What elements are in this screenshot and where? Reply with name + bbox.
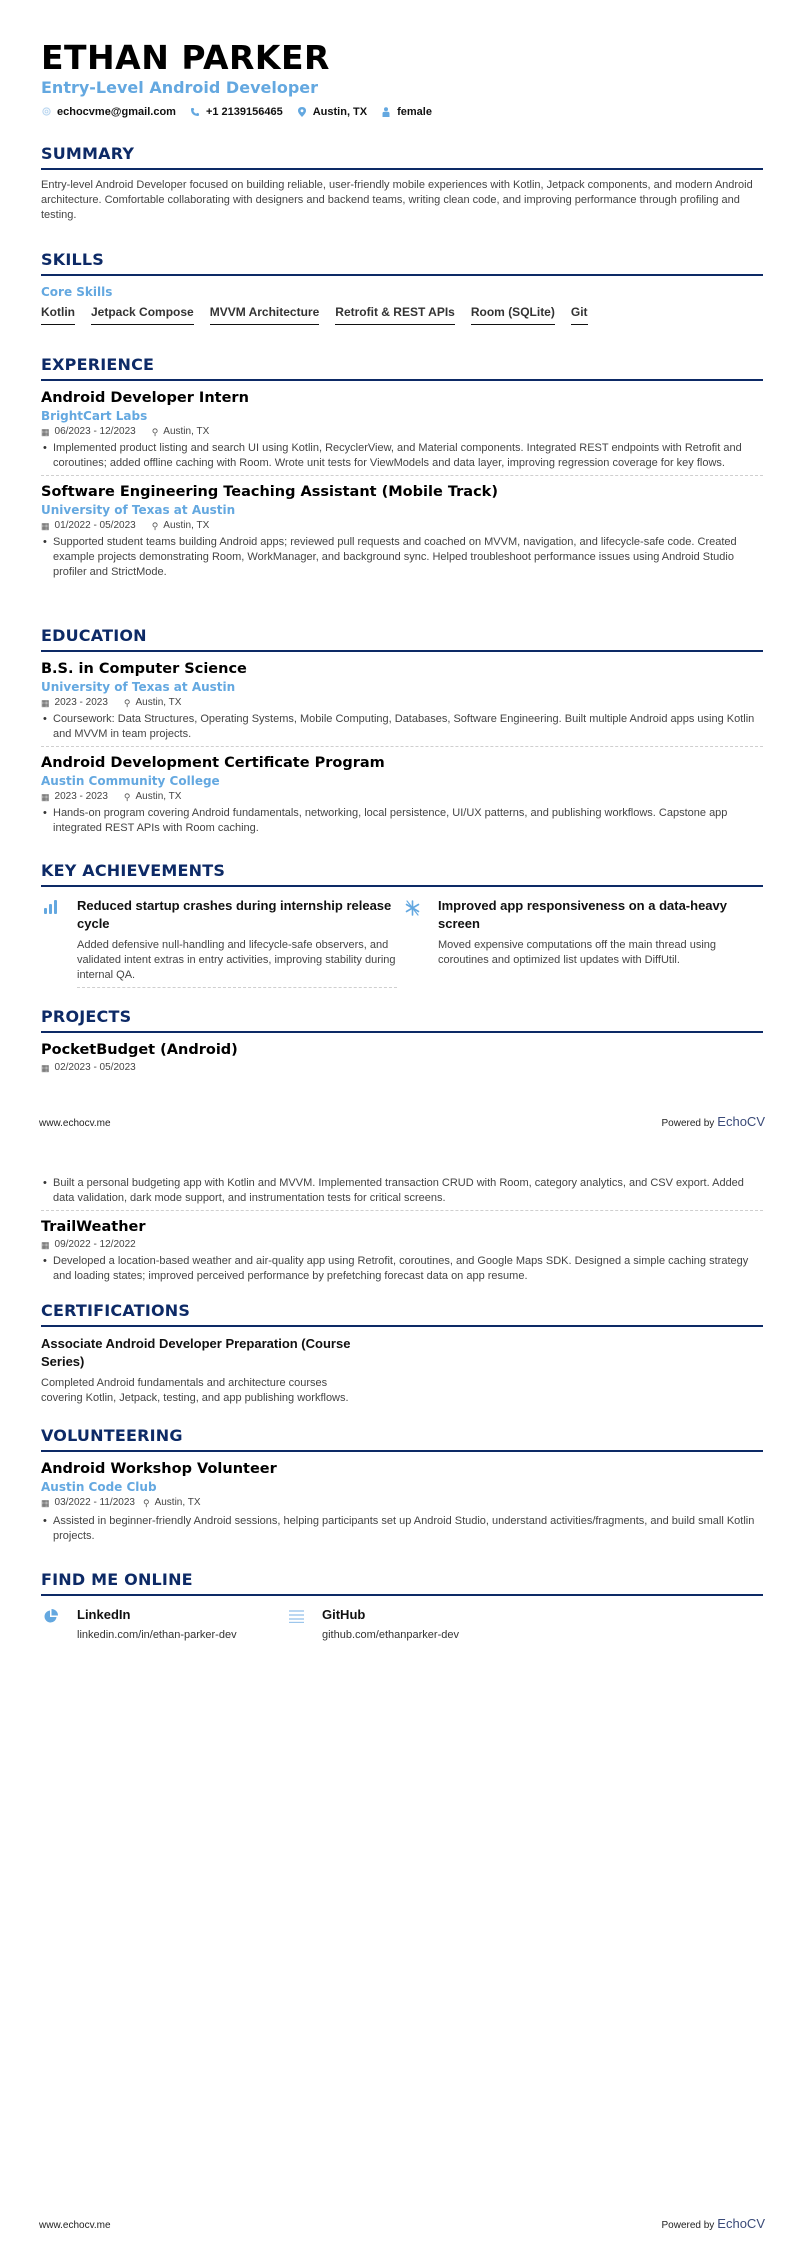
skill-tag: Retrofit & REST APIs bbox=[335, 304, 455, 325]
entry-dates: 01/2022 - 05/2023 bbox=[55, 519, 136, 533]
online-url[interactable]: github.com/ethanparker-dev bbox=[322, 1628, 459, 1643]
entry-dates: 02/2023 - 05/2023 bbox=[55, 1061, 136, 1075]
section-heading: EXPERIENCE bbox=[41, 355, 763, 381]
entry-location: Austin, TX bbox=[136, 790, 182, 804]
online-label: LinkedIn bbox=[77, 1606, 237, 1623]
footer-powered-by[interactable]: Powered byEchoCV bbox=[661, 1114, 765, 1129]
section-heading: CERTIFICATIONS bbox=[41, 1301, 763, 1327]
calendar-icon: ▦ bbox=[41, 1238, 50, 1252]
skill-list: Kotlin Jetpack Compose MVVM Architecture… bbox=[41, 304, 763, 325]
entry-location: Austin, TX bbox=[155, 1496, 201, 1510]
entry-meta: ▦2023 - 2023 ⚲Austin, TX bbox=[41, 790, 763, 804]
achievement-title: Reduced startup crashes during internshi… bbox=[77, 897, 397, 933]
location-pin-icon: ⚲ bbox=[124, 696, 131, 710]
project-entry: TrailWeather ▦09/2022 - 12/2022 Develope… bbox=[41, 1217, 763, 1284]
contact-email[interactable]: echocvme@gmail.com bbox=[41, 106, 176, 118]
entry-meta: ▦06/2023 - 12/2023 ⚲Austin, TX bbox=[41, 425, 763, 439]
candidate-name: ETHAN PARKER bbox=[41, 38, 763, 78]
entry-location: Austin, TX bbox=[136, 696, 182, 710]
powered-by-label: Powered by bbox=[661, 2220, 714, 2231]
section-certifications: CERTIFICATIONS Associate Android Develop… bbox=[41, 1301, 763, 1406]
skill-tag: Kotlin bbox=[41, 304, 75, 325]
company-name: University of Texas at Austin bbox=[41, 502, 763, 518]
certification-title: Associate Android Developer Preparation … bbox=[41, 1335, 371, 1371]
calendar-icon: ▦ bbox=[41, 1496, 50, 1510]
entry-bullet: Hands-on program covering Android fundam… bbox=[41, 806, 763, 836]
section-heading: SUMMARY bbox=[41, 144, 763, 170]
calendar-icon: ▦ bbox=[41, 425, 50, 439]
entry-bullet: Implemented product listing and search U… bbox=[41, 441, 763, 471]
online-link-linkedin[interactable]: LinkedIn linkedin.com/in/ethan-parker-de… bbox=[41, 1606, 286, 1643]
section-heading: KEY ACHIEVEMENTS bbox=[41, 861, 763, 887]
institution-name: Austin Community College bbox=[41, 773, 763, 789]
powered-by-label: Powered by bbox=[661, 1118, 714, 1129]
job-title: Android Developer Intern bbox=[41, 388, 763, 408]
section-heading: EDUCATION bbox=[41, 626, 763, 652]
achievements-grid: Reduced startup crashes during internshi… bbox=[41, 897, 763, 988]
brand-name: EchoCV bbox=[717, 2216, 765, 2231]
skill-tag: MVVM Architecture bbox=[210, 304, 320, 325]
entry-divider bbox=[77, 987, 397, 988]
project-entry: PocketBudget (Android) ▦02/2023 - 05/202… bbox=[41, 1040, 763, 1075]
person-icon bbox=[381, 107, 391, 117]
certification-desc: Completed Android fundamentals and archi… bbox=[41, 1376, 371, 1406]
pie-chart-icon bbox=[41, 1606, 77, 1643]
resume-header: ETHAN PARKER Entry-Level Android Develop… bbox=[41, 38, 763, 118]
at-icon bbox=[41, 107, 51, 117]
entry-dates: 2023 - 2023 bbox=[55, 790, 108, 804]
contact-phone-value: +1 2139156465 bbox=[206, 106, 283, 118]
section-summary: SUMMARY Entry-level Android Developer fo… bbox=[41, 144, 763, 223]
section-skills: SKILLS Core Skills Kotlin Jetpack Compos… bbox=[41, 250, 763, 325]
institution-name: University of Texas at Austin bbox=[41, 679, 763, 695]
achievement-item: Improved app responsiveness on a data-he… bbox=[402, 897, 763, 988]
degree-title: B.S. in Computer Science bbox=[41, 659, 763, 679]
entry-divider bbox=[41, 475, 763, 476]
entry-location: Austin, TX bbox=[163, 519, 209, 533]
contact-gender-value: female bbox=[397, 106, 432, 118]
online-link-github[interactable]: GitHub github.com/ethanparker-dev bbox=[286, 1606, 531, 1643]
section-heading: FIND ME ONLINE bbox=[41, 1570, 763, 1596]
achievement-desc: Moved expensive computations off the mai… bbox=[438, 938, 758, 968]
entry-divider bbox=[41, 746, 763, 747]
contact-phone[interactable]: +1 2139156465 bbox=[190, 106, 283, 118]
job-title: Software Engineering Teaching Assistant … bbox=[41, 482, 763, 502]
snowflake-off-icon bbox=[402, 897, 438, 988]
calendar-icon: ▦ bbox=[41, 1061, 50, 1075]
section-projects: PROJECTS PocketBudget (Android) ▦02/2023… bbox=[41, 1007, 763, 1075]
location-pin-icon: ⚲ bbox=[143, 1496, 150, 1510]
skill-tag: Git bbox=[571, 304, 588, 325]
calendar-icon: ▦ bbox=[41, 696, 50, 710]
entry-bullet: Built a personal budgeting app with Kotl… bbox=[41, 1176, 763, 1206]
contact-list: echocvme@gmail.com +1 2139156465 Austin,… bbox=[41, 106, 763, 118]
online-label: GitHub bbox=[322, 1606, 459, 1623]
entry-bullet: Developed a location-based weather and a… bbox=[41, 1254, 763, 1284]
calendar-icon: ▦ bbox=[41, 790, 50, 804]
contact-email-value: echocvme@gmail.com bbox=[57, 106, 176, 118]
entry-location: Austin, TX bbox=[163, 425, 209, 439]
entry-meta: ▦02/2023 - 05/2023 bbox=[41, 1061, 763, 1075]
project-title: TrailWeather bbox=[41, 1217, 763, 1237]
entry-meta: ▦09/2022 - 12/2022 bbox=[41, 1238, 763, 1252]
volunteer-role: Android Workshop Volunteer bbox=[41, 1459, 763, 1479]
resume-page-2: Built a personal budgeting app with Kotl… bbox=[0, 1150, 794, 2246]
entry-dates: 09/2022 - 12/2022 bbox=[55, 1238, 136, 1252]
location-pin-icon: ⚲ bbox=[152, 519, 159, 533]
contact-gender: female bbox=[381, 106, 432, 118]
section-heading: PROJECTS bbox=[41, 1007, 763, 1033]
bar-chart-icon bbox=[41, 897, 77, 988]
entry-meta: ▦01/2022 - 05/2023 ⚲Austin, TX bbox=[41, 519, 763, 533]
section-heading: VOLUNTEERING bbox=[41, 1426, 763, 1452]
organization-name: Austin Code Club bbox=[41, 1479, 763, 1495]
entry-bullet: Coursework: Data Structures, Operating S… bbox=[41, 712, 763, 742]
footer-powered-by[interactable]: Powered byEchoCV bbox=[661, 2216, 765, 2231]
achievement-item: Reduced startup crashes during internshi… bbox=[41, 897, 402, 988]
certification-entry: Associate Android Developer Preparation … bbox=[41, 1335, 371, 1406]
footer-site-link[interactable]: www.echocv.me bbox=[39, 1118, 111, 1129]
achievement-title: Improved app responsiveness on a data-he… bbox=[438, 897, 758, 933]
skill-tag: Jetpack Compose bbox=[91, 304, 194, 325]
contact-location-value: Austin, TX bbox=[313, 106, 367, 118]
resume-page-1: ETHAN PARKER Entry-Level Android Develop… bbox=[0, 0, 794, 1150]
entry-meta: ▦03/2022 - 11/2023 ⚲Austin, TX bbox=[41, 1496, 763, 1510]
online-url[interactable]: linkedin.com/in/ethan-parker-dev bbox=[77, 1628, 237, 1643]
project-title: PocketBudget (Android) bbox=[41, 1040, 763, 1060]
experience-entry: Android Developer Intern BrightCart Labs… bbox=[41, 388, 763, 476]
entry-bullet: Supported student teams building Android… bbox=[41, 535, 763, 580]
education-entry: Android Development Certificate Program … bbox=[41, 753, 763, 836]
location-pin-icon: ⚲ bbox=[152, 425, 159, 439]
candidate-title: Entry-Level Android Developer bbox=[41, 78, 763, 98]
volunteering-entry: Android Workshop Volunteer Austin Code C… bbox=[41, 1459, 763, 1544]
calendar-icon: ▦ bbox=[41, 519, 50, 533]
entry-dates: 03/2022 - 11/2023 bbox=[55, 1496, 135, 1510]
page-footer: www.echocv.me Powered byEchoCV bbox=[39, 1114, 765, 1129]
section-experience: EXPERIENCE Android Developer Intern Brig… bbox=[41, 355, 763, 580]
section-projects-continued: Built a personal budgeting app with Kotl… bbox=[41, 1174, 763, 1284]
section-achievements: KEY ACHIEVEMENTS Reduced startup crashes… bbox=[41, 861, 763, 988]
phone-icon bbox=[190, 107, 200, 117]
achievement-desc: Added defensive null-handling and lifecy… bbox=[77, 938, 397, 983]
section-heading: SKILLS bbox=[41, 250, 763, 276]
summary-text: Entry-level Android Developer focused on… bbox=[41, 178, 763, 223]
section-online: FIND ME ONLINE LinkedIn linkedin.com/in/… bbox=[41, 1570, 763, 1643]
entry-dates: 2023 - 2023 bbox=[55, 696, 108, 710]
company-name: BrightCart Labs bbox=[41, 408, 763, 424]
section-volunteering: VOLUNTEERING Android Workshop Volunteer … bbox=[41, 1426, 763, 1544]
page-footer: www.echocv.me Powered byEchoCV bbox=[39, 2216, 765, 2231]
section-education: EDUCATION B.S. in Computer Science Unive… bbox=[41, 626, 763, 836]
skill-group-label: Core Skills bbox=[41, 284, 763, 300]
online-links: LinkedIn linkedin.com/in/ethan-parker-de… bbox=[41, 1606, 763, 1643]
list-lines-icon bbox=[286, 1606, 322, 1643]
education-entry: B.S. in Computer Science University of T… bbox=[41, 659, 763, 747]
degree-title: Android Development Certificate Program bbox=[41, 753, 763, 773]
entry-bullet: Assisted in beginner-friendly Android se… bbox=[41, 1514, 763, 1544]
location-icon bbox=[297, 107, 307, 117]
experience-entry: Software Engineering Teaching Assistant … bbox=[41, 482, 763, 580]
brand-name: EchoCV bbox=[717, 1114, 765, 1129]
contact-location: Austin, TX bbox=[297, 106, 367, 118]
entry-dates: 06/2023 - 12/2023 bbox=[55, 425, 136, 439]
skill-tag: Room (SQLite) bbox=[471, 304, 555, 325]
entry-divider bbox=[41, 1210, 763, 1211]
entry-meta: ▦2023 - 2023 ⚲Austin, TX bbox=[41, 696, 763, 710]
location-pin-icon: ⚲ bbox=[124, 790, 131, 804]
footer-site-link[interactable]: www.echocv.me bbox=[39, 2220, 111, 2231]
